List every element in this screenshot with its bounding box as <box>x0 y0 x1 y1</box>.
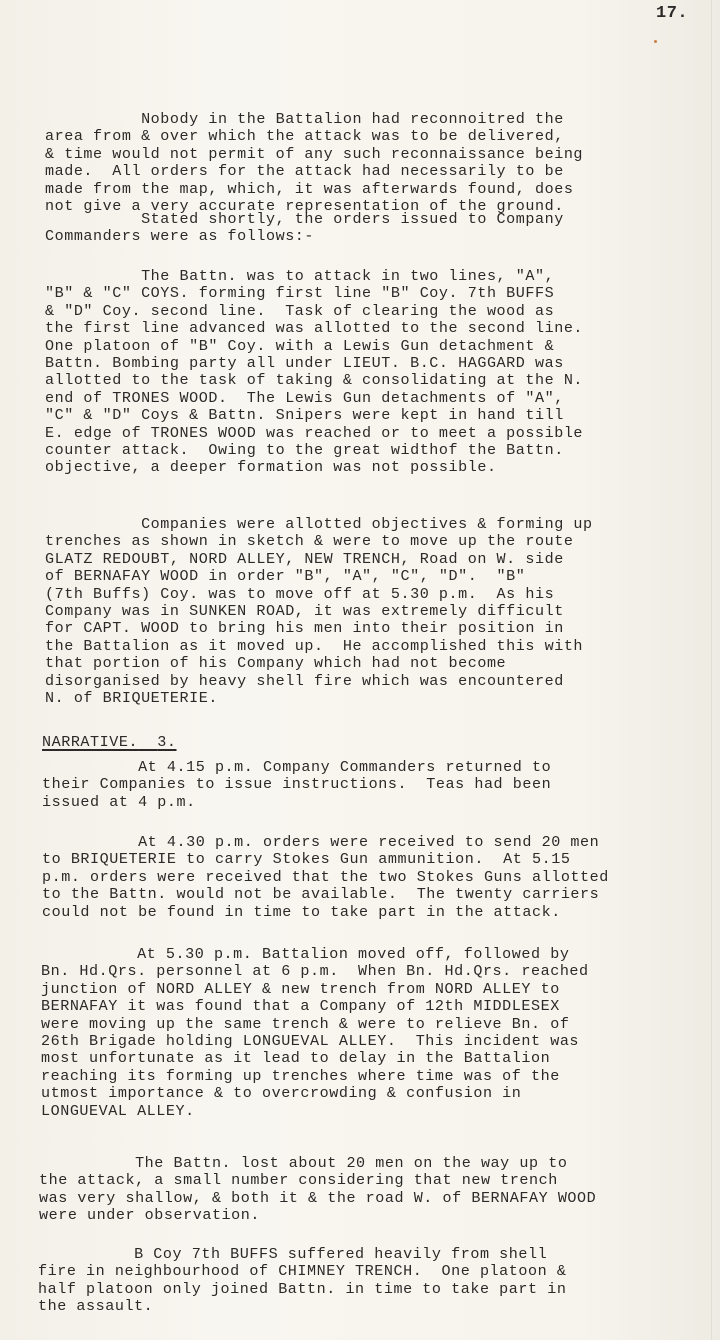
text-line: At 4.30 p.m. orders were received to sen… <box>42 834 720 851</box>
text-line: Bn. Hd.Qrs. personnel at 6 p.m. When Bn.… <box>41 963 720 980</box>
ink-mark <box>654 40 657 43</box>
text-line: & "D" Coy. second line. Task of clearing… <box>45 303 720 320</box>
text-line: that portion of his Company which had no… <box>45 655 720 672</box>
text-line: LONGUEVAL ALLEY. <box>41 1103 720 1120</box>
text-line: issued at 4 p.m. <box>42 794 720 811</box>
text-line: could not be found in time to take part … <box>42 904 720 921</box>
text-line: p.m. orders were received that the two S… <box>42 869 720 886</box>
text-line: objective, a deeper formation was not po… <box>45 459 720 476</box>
heading-label: NARRATIVE. <box>42 733 138 751</box>
text-line: Nobody in the Battalion had reconnoitred… <box>45 111 720 128</box>
page-number: 17. <box>656 4 688 23</box>
text-line: "B" & "C" COYS. forming first line "B" C… <box>45 285 720 302</box>
heading-number: 3. <box>157 733 176 751</box>
text-line: area from & over which the attack was to… <box>45 128 720 145</box>
text-line: BERNAFAY it was found that a Company of … <box>41 998 720 1015</box>
text-line: half platoon only joined Battn. in time … <box>38 1281 718 1298</box>
text-line: N. of BRIQUETERIE. <box>45 690 720 707</box>
text-line: 26th Brigade holding LONGUEVAL ALLEY. Th… <box>41 1033 720 1050</box>
text-line: made. All orders for the attack had nece… <box>45 163 720 180</box>
text-line: was very shallow, & both it & the road W… <box>39 1190 719 1207</box>
text-line: The Battn. lost about 20 men on the way … <box>39 1155 719 1172</box>
text-line: Commanders were as follows:- <box>45 228 720 245</box>
text-line: were under observation. <box>39 1207 719 1224</box>
text-line: made from the map, which, it was afterwa… <box>45 181 720 198</box>
text-line: fire in neighbourhood of CHIMNEY TRENCH.… <box>38 1263 718 1280</box>
section-heading: NARRATIVE. 3. <box>42 734 177 751</box>
text-line: The Battn. was to attack in two lines, "… <box>45 268 720 285</box>
text-line: to the Battn. would not be available. Th… <box>42 886 720 903</box>
text-line: At 4.15 p.m. Company Commanders returned… <box>42 759 720 776</box>
text-line: reaching its forming up trenches where t… <box>41 1068 720 1085</box>
text-line: Companies were allotted objectives & for… <box>45 516 720 533</box>
paragraph-losses: The Battn. lost about 20 men on the way … <box>39 1155 719 1225</box>
text-line: the first line advanced was allotted to … <box>45 320 720 337</box>
text-line: At 5.30 p.m. Battalion moved off, follow… <box>41 946 720 963</box>
text-line: & time would not permit of any such reco… <box>45 146 720 163</box>
paragraph-attack-formation: The Battn. was to attack in two lines, "… <box>45 268 720 477</box>
text-line: E. edge of TRONES WOOD was reached or to… <box>45 425 720 442</box>
text-line: of BERNAFAY WOOD in order "B", "A", "C",… <box>45 568 720 585</box>
text-line: for CAPT. WOOD to bring his men into the… <box>45 620 720 637</box>
text-line: junction of NORD ALLEY & new trench from… <box>41 981 720 998</box>
paragraph-objectives: Companies were allotted objectives & for… <box>45 516 720 707</box>
paragraph-buffs-losses: B Coy 7th BUFFS suffered heavily from sh… <box>38 1246 718 1316</box>
paragraph-narrative-4-15: At 4.15 p.m. Company Commanders returned… <box>42 759 720 811</box>
text-line: B Coy 7th BUFFS suffered heavily from sh… <box>38 1246 718 1263</box>
text-line: trenches as shown in sketch & were to mo… <box>45 533 720 550</box>
text-line: their Companies to issue instructions. T… <box>42 776 720 793</box>
text-line: to BRIQUETERIE to carry Stokes Gun ammun… <box>42 851 720 868</box>
text-line: Stated shortly, the orders issued to Com… <box>45 211 720 228</box>
text-line: end of TRONES WOOD. The Lewis Gun detach… <box>45 390 720 407</box>
text-line: allotted to the task of taking & consoli… <box>45 372 720 389</box>
paragraph-narrative-5-30: At 5.30 p.m. Battalion moved off, follow… <box>41 946 720 1120</box>
text-line: Battn. Bombing party all under LIEUT. B.… <box>45 355 720 372</box>
paragraph-orders-intro: Stated shortly, the orders issued to Com… <box>45 211 720 246</box>
paragraph-reconnaissance: Nobody in the Battalion had reconnoitred… <box>45 111 720 215</box>
document-page: 17. Nobody in the Battalion had reconnoi… <box>0 0 720 1340</box>
paragraph-narrative-4-30: At 4.30 p.m. orders were received to sen… <box>42 834 720 921</box>
text-line: most unfortunate as it lead to delay in … <box>41 1050 720 1067</box>
text-line: Company was in SUNKEN ROAD, it was extre… <box>45 603 720 620</box>
text-line: utmost importance & to overcrowding & co… <box>41 1085 720 1102</box>
text-line: GLATZ REDOUBT, NORD ALLEY, NEW TRENCH, R… <box>45 551 720 568</box>
text-line: disorganised by heavy shell fire which w… <box>45 673 720 690</box>
text-line: were moving up the same trench & were to… <box>41 1016 720 1033</box>
text-line: counter attack. Owing to the great width… <box>45 442 720 459</box>
text-line: One platoon of "B" Coy. with a Lewis Gun… <box>45 338 720 355</box>
text-line: "C" & "D" Coys & Battn. Snipers were kep… <box>45 407 720 424</box>
text-line: the attack, a small number considering t… <box>39 1172 719 1189</box>
text-line: (7th Buffs) Coy. was to move off at 5.30… <box>45 586 720 603</box>
text-line: the Battalion as it moved up. He accompl… <box>45 638 720 655</box>
text-line: the assault. <box>38 1298 718 1315</box>
